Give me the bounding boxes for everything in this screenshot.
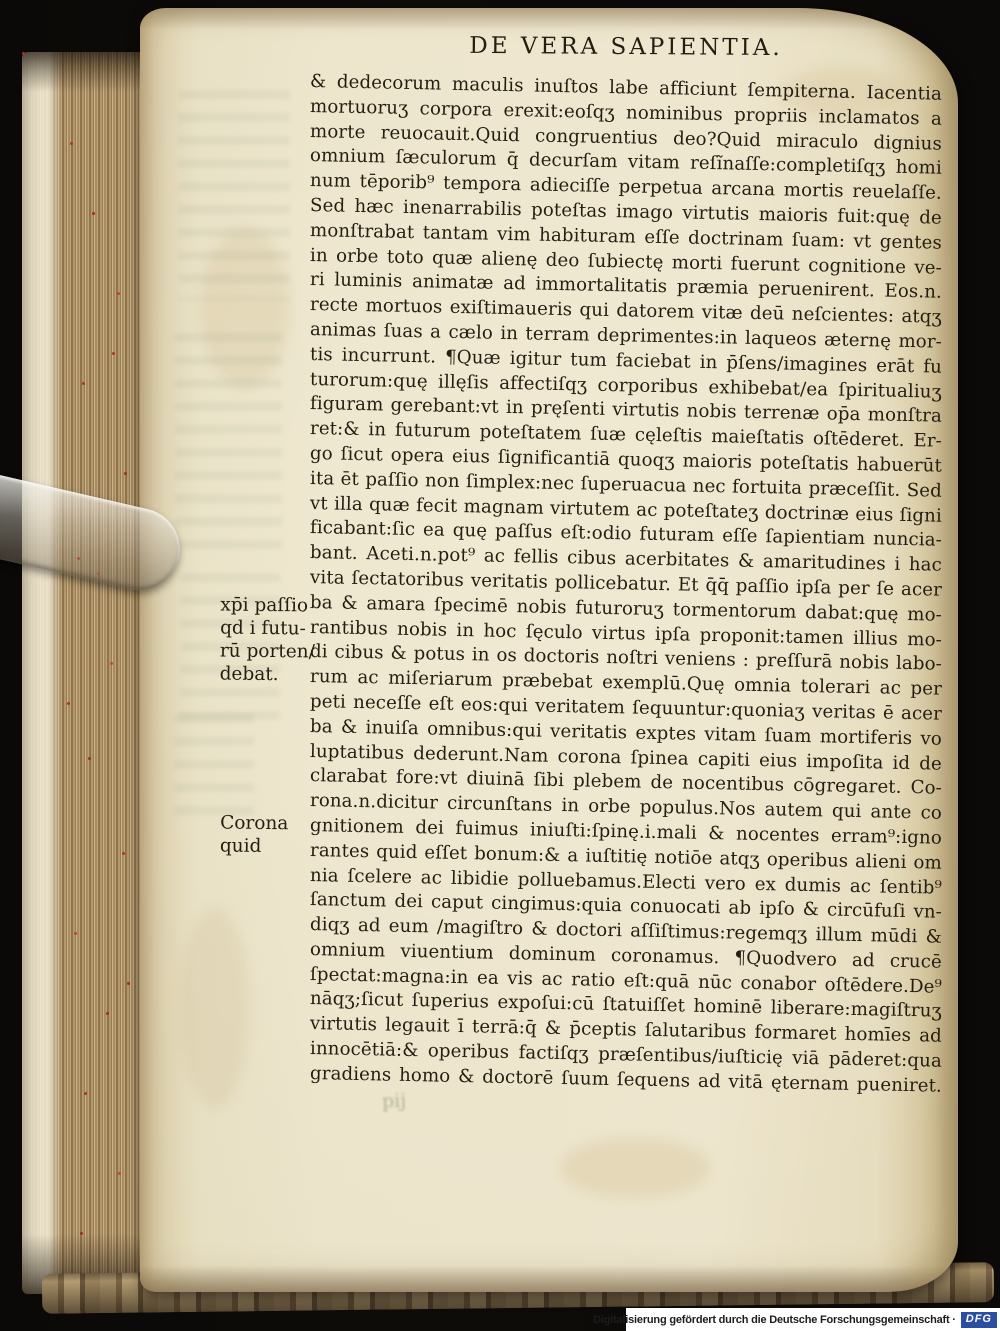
paper-stain: [180, 908, 250, 1108]
margin-note-corona: Coronaquid: [220, 812, 315, 859]
scanned-book-photo: { "document": { "header": { "title": "DE…: [0, 0, 1000, 1331]
margin-note-line: qd i futu-: [220, 617, 315, 641]
main-text-block: & dedecorum maculis inuſtos labe afficiu…: [310, 70, 942, 1087]
book-page: DE VERA SAPIENTIA. & dedecorum maculis i…: [140, 8, 958, 1292]
margin-note-line: rū porten/: [220, 640, 315, 664]
show-through-smudge: [178, 90, 290, 300]
dfg-logo: DFG: [961, 1312, 997, 1328]
paper-stain: [560, 1138, 710, 1198]
ghost-signature-mark: pij: [382, 1090, 407, 1113]
margin-note-line: quid: [220, 835, 315, 859]
page-title: DE VERA SAPIENTIA.: [310, 32, 942, 62]
margin-note-passio: xp̄i paſſioqd i futu-rū porten/debat.: [220, 594, 316, 687]
margin-note-line: debat.: [220, 663, 315, 687]
margin-note-line: Corona: [220, 812, 315, 836]
digitisation-credit-bar: Digitalisierung gefördert durch die Deut…: [626, 1308, 1000, 1331]
book-fore-edge: [22, 52, 154, 1294]
margin-note-line: xp̄i paſſio: [220, 594, 315, 618]
show-through-smudge: [174, 333, 282, 553]
red-speckles-decoration: [22, 52, 25, 55]
credit-text: Digitalisierung gefördert durch die Deut…: [593, 1314, 956, 1326]
